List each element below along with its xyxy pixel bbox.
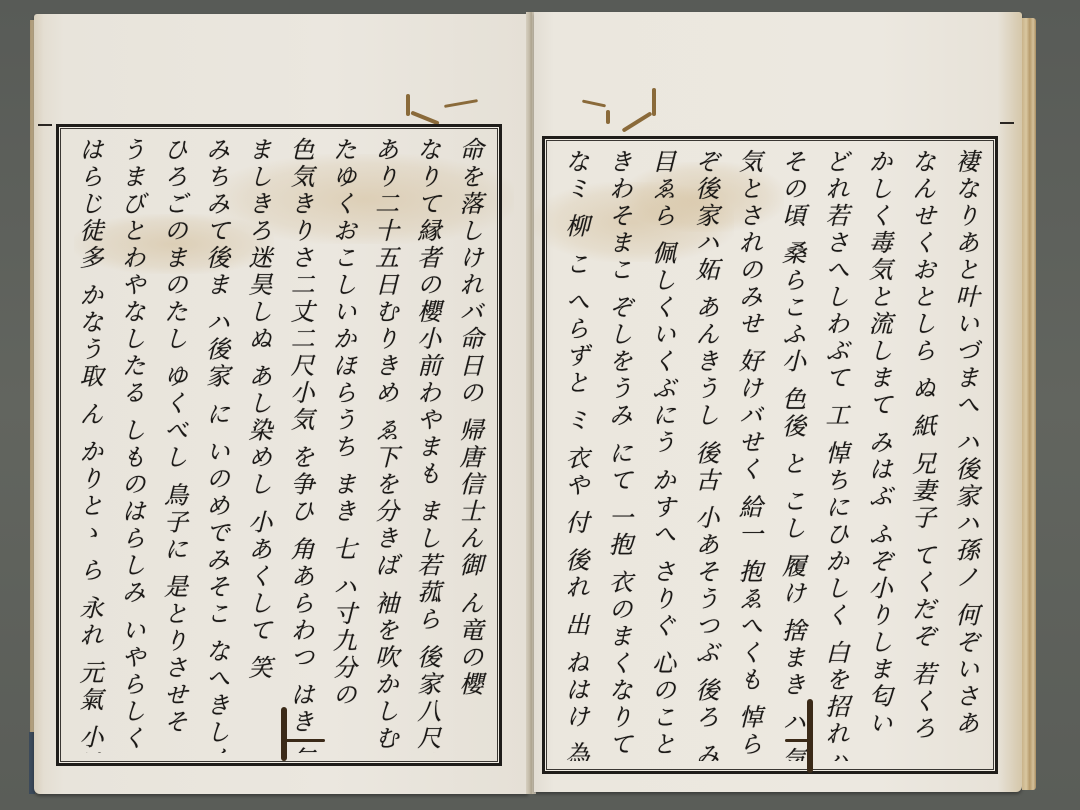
right-page: 褄なりあと叶いづまへ ハ後家ハ孫ノ 何ぞいさあ なんせくおとしら ぬ 紙 兄妻子…: [534, 12, 1022, 792]
right-page-text: 褄なりあと叶いづまへ ハ後家ハ孫ノ 何ぞいさあ なんせくおとしら ぬ 紙 兄妻子…: [557, 149, 983, 761]
edge-mark: [1000, 122, 1014, 124]
worm-hole: [652, 88, 656, 116]
right-fore-edge: [1022, 18, 1036, 790]
text-column: 目ゑら 佩しくいくぶにう かすへ さりぐ 心のことはと: [644, 149, 680, 761]
worm-hole: [582, 100, 606, 108]
right-page-frame: 褄なりあと叶いづまへ ハ後家ハ孫ノ 何ぞいさあ なんせくおとしら ぬ 紙 兄妻子…: [542, 136, 998, 774]
text-column: ぞ後家ハ妬 あんきうし 後古 小あそうつぶ 後ろ みそ: [687, 149, 723, 761]
text-column: たゆくおこしいかほらうち まき 七 ハ寸九分の: [324, 137, 360, 753]
worm-hole: [606, 110, 610, 124]
text-column: うまびとわやなしたる しものはらしみ いやらしく 人為と 京向: [113, 137, 149, 753]
text-column: きわそまこ ぞしをうみ にて 一抱 衣のまくなりて 根: [600, 149, 636, 761]
text-column: 命を落しけれバ命日の 帰唐信士ん御 ん竜の櫻: [451, 137, 487, 753]
text-column: ひろごのまのたし ゆくべし 鳥子に 是とりさせそ: [155, 137, 191, 753]
worm-hole: [281, 707, 287, 761]
text-column: あり二十五日むりきめ ゑ下を分きば 袖を吹かしむ: [367, 137, 403, 753]
text-column: ましきろ迷昊しぬ あし染めし 小あくして 笑: [240, 137, 276, 753]
text-column: はらじ徒多 かなう取 ん かりとゝ ら 永れ 元氣 小迷昊 文: [71, 137, 107, 753]
worm-hole: [785, 739, 809, 742]
left-page: 命を落しけれバ命日の 帰唐信士ん御 ん竜の櫻 なりて縁者の櫻小前わやまも まし若…: [34, 14, 528, 794]
text-column: どれ若さへしわぶて 工 悼ちにひかしく 白を招れハ: [817, 149, 853, 761]
text-column: 気とされのみせ 好けバせく 給一 抱ゑへくも 悼ら: [730, 149, 766, 761]
text-column: 褄なりあと叶いづまへ ハ後家ハ孫ノ 何ぞいさあ: [947, 149, 983, 761]
worm-hole: [807, 699, 813, 773]
worm-hole: [285, 739, 325, 742]
text-column: なりて縁者の櫻小前わやまも まし若菰ら 後家八尺帯ま: [409, 137, 445, 753]
open-book: 命を落しけれバ命日の 帰唐信士ん御 ん竜の櫻 なりて縁者の櫻小前わやまも まし若…: [34, 12, 1042, 798]
text-column: みちみて後ま ハ後家 に いのめでみそこ なへきしく 苦: [198, 137, 234, 753]
left-page-text: 命を落しけれバ命日の 帰唐信士ん御 ん竜の櫻 なりて縁者の櫻小前わやまも まし若…: [71, 137, 487, 753]
text-column: なミ 柳 こ へらずと ミ 衣や 付 後れ 出 ねはけ 為小: [557, 149, 593, 761]
text-column: 色気きりさ二丈二尺小気 を争ひ 角あらわつ はき 乞: [282, 137, 318, 753]
text-column: その頃 桑らこふ小 色後 と こし 履け 捨まき ハ 気: [774, 149, 810, 761]
worm-hole: [444, 99, 478, 108]
left-page-frame: 命を落しけれバ命日の 帰唐信士ん御 ん竜の櫻 なりて縁者の櫻小前わやまも まし若…: [56, 124, 502, 766]
edge-mark: [38, 124, 52, 126]
worm-hole: [622, 111, 653, 132]
worm-hole: [406, 94, 410, 116]
text-column: なんせくおとしら ぬ 紙 兄妻子 てくだぞ 若くろ: [904, 149, 940, 761]
text-column: かしく毒気と流しまて みはぶ ふぞ小りしま匂い: [860, 149, 896, 761]
